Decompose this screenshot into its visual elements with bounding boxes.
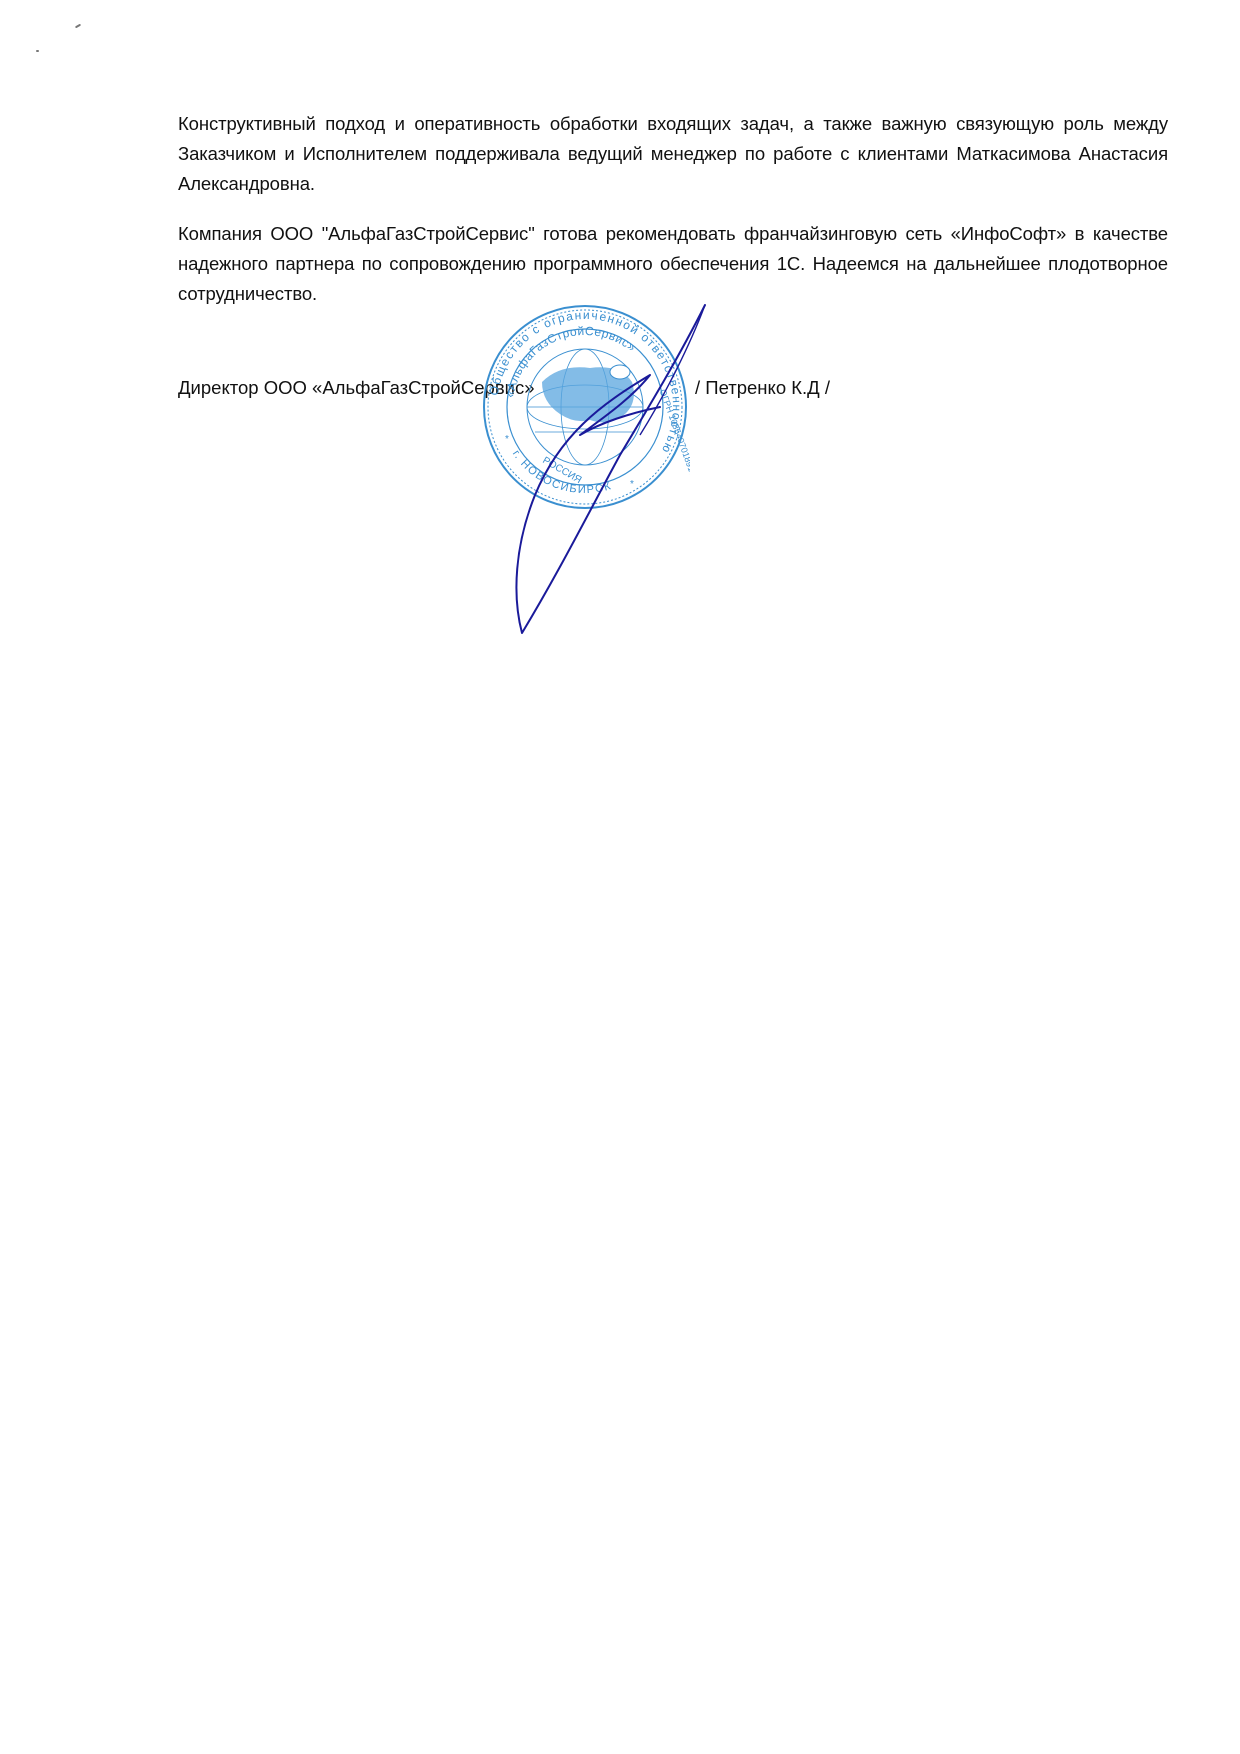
signatory-name: / Петренко К.Д / bbox=[695, 373, 830, 403]
scan-noise bbox=[75, 24, 81, 29]
svg-text:*: * bbox=[505, 434, 509, 445]
document-page: Конструктивный подход и оперативность об… bbox=[0, 0, 1240, 1754]
svg-text:*: * bbox=[630, 479, 634, 490]
paragraph-recommendation: Компания ООО "АльфаГазСтройСервис" готов… bbox=[178, 219, 1168, 309]
company-stamp-icon: Общество с ограниченной ответственностью… bbox=[480, 302, 690, 512]
paragraph-manager-praise: Конструктивный подход и оперативность об… bbox=[178, 109, 1168, 199]
scan-noise bbox=[36, 50, 39, 52]
